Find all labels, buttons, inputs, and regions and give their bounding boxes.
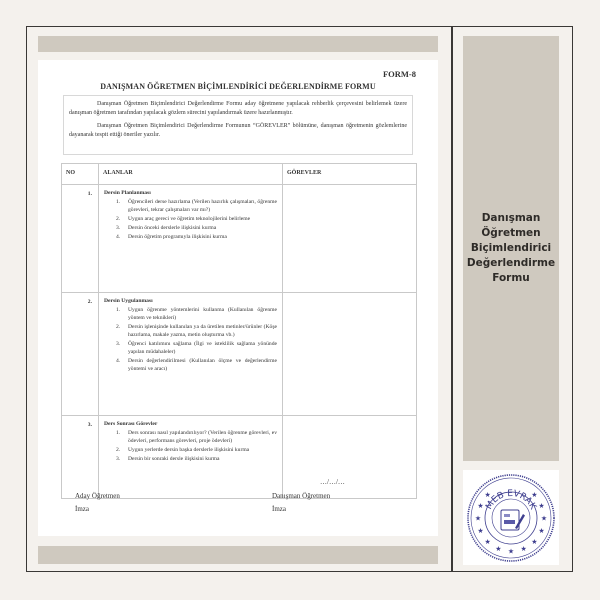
signature-left: Aday Öğretmen İmza [75, 490, 120, 516]
row-number: 1. [62, 185, 99, 293]
svg-text:★: ★ [508, 548, 514, 556]
item-number: 2. [116, 323, 120, 331]
row-gorevler[interactable] [283, 185, 417, 293]
sidebar-title-box: Danışman Öğretmen Biçimlendirici Değerle… [463, 36, 559, 461]
row-number: 2. [62, 293, 99, 416]
sidebar-title: Danışman Öğretmen Biçimlendirici Değerle… [463, 211, 559, 286]
row-gorevler[interactable] [283, 293, 417, 416]
item-text: Uygun araç gereci ve öğretim teknolojile… [128, 216, 250, 222]
item-text: Dersin önceki derslerle ilişkisini kurma [128, 225, 216, 231]
item-number: 3. [116, 455, 120, 463]
item-text: Ders sonrası nasıl yapılandırılıyor? (Ve… [128, 430, 277, 444]
logo-box: ★★★★★★★★★★★★★ MEB EVRAK [463, 470, 559, 565]
svg-text:★: ★ [477, 502, 483, 510]
item-number: 3. [116, 224, 120, 232]
table-header-row: NO ALANLAR GÖREVLER [62, 164, 417, 185]
svg-text:★: ★ [475, 515, 481, 523]
section-title: Dersin Uygulanması [104, 297, 277, 305]
list-item: 1.Uygun öğrenme yöntemlerini kullanma (K… [118, 306, 277, 322]
list-item: 4.Dersin öğretim programıyla ilişkisini … [118, 233, 277, 241]
left-role: Aday Öğretmen [75, 490, 120, 503]
list-item: 3.Öğrenci katılımını sağlama (İlgi ve is… [118, 340, 277, 356]
panel-divider [451, 26, 453, 572]
item-text: Dersin bir sonraki dersle ilişkisini kur… [128, 456, 220, 462]
list-item: 2.Dersin işlenişinde kullanılan ya da ür… [118, 323, 277, 339]
row-number: 3. [62, 416, 99, 499]
item-text: Dersin değerlendirilmesi (Kullanılan ölç… [128, 358, 277, 372]
item-text: Uygun öğrenme yöntemlerini kullanma (Kul… [128, 307, 277, 321]
item-number: 2. [116, 215, 120, 223]
table-row: 3.Ders Sonrası Görevler1.Ders sonrası na… [62, 416, 417, 499]
item-number: 1. [116, 429, 120, 437]
table-row: 1.Dersin Planlanması1.Öğrencileri derse … [62, 185, 417, 293]
svg-text:★: ★ [485, 491, 491, 499]
header-gorevler: GÖREVLER [283, 164, 417, 185]
row-alanlar: Dersin Uygulanması1.Uygun öğrenme yöntem… [99, 293, 283, 416]
table-row: 2.Dersin Uygulanması1.Uygun öğrenme yönt… [62, 293, 417, 416]
list-item: 2.Uygun araç gereci ve öğretim teknoloji… [118, 215, 277, 223]
row-gorevler[interactable] [283, 416, 417, 499]
intro-paragraph: Danışman Öğretmen Biçimlendirici Değerle… [69, 100, 407, 118]
header-alanlar: ALANLAR [99, 164, 283, 185]
section-items: 1.Ders sonrası nasıl yapılandırılıyor? (… [104, 429, 277, 463]
document-title: DANIŞMAN ÖĞRETMEN BİÇİMLENDİRİCİ DEĞERLE… [38, 82, 438, 91]
form-code: FORM-8 [383, 69, 416, 79]
date-placeholder: …/…/… [320, 478, 345, 486]
list-item: 2.Uygun yerlerde dersin başka derslerle … [118, 446, 277, 454]
section-title: Dersin Planlanması [104, 189, 277, 197]
row-alanlar: Dersin Planlanması1.Öğrencileri derse ha… [99, 185, 283, 293]
row-alanlar: Ders Sonrası Görevler1.Ders sonrası nası… [99, 416, 283, 499]
left-sign: İmza [75, 503, 120, 516]
item-number: 1. [116, 306, 120, 314]
item-text: Öğrenci katılımını sağlama (İlgi ve iste… [128, 341, 277, 355]
svg-text:★: ★ [531, 491, 537, 499]
svg-text:★: ★ [538, 502, 544, 510]
list-item: 1.Öğrencileri derse hazırlama (Verilen h… [118, 198, 277, 214]
item-text: Dersin öğretim programıyla ilişkisini ku… [128, 234, 227, 240]
right-role: Danışman Öğretmen [272, 490, 330, 503]
document-pen-icon [501, 510, 525, 530]
section-items: 1.Uygun öğrenme yöntemlerini kullanma (K… [104, 306, 277, 373]
svg-text:★: ★ [541, 515, 547, 523]
bottom-band [38, 546, 438, 564]
svg-text:★: ★ [485, 538, 491, 546]
meb-evrak-seal-icon: ★★★★★★★★★★★★★ MEB EVRAK [463, 470, 559, 565]
document-preview: FORM-8 DANIŞMAN ÖĞRETMEN BİÇİMLENDİRİCİ … [38, 60, 438, 536]
section-items: 1.Öğrencileri derse hazırlama (Verilen h… [104, 198, 277, 241]
item-text: Öğrencileri derse hazırlama (Verilen haz… [128, 199, 277, 213]
list-item: 3.Dersin bir sonraki dersle ilişkisini k… [118, 455, 277, 463]
svg-text:★: ★ [520, 545, 526, 553]
item-number: 2. [116, 446, 120, 454]
list-item: 3.Dersin önceki derslerle ilişkisini kur… [118, 224, 277, 232]
intro-paragraph: Danışman Öğretmen Biçimlendirici Değerle… [69, 122, 407, 140]
evaluation-table: NO ALANLAR GÖREVLER 1.Dersin Planlanması… [61, 163, 417, 499]
item-number: 1. [116, 198, 120, 206]
item-number: 4. [116, 357, 120, 365]
signature-right: Danışman Öğretmen İmza [272, 490, 330, 516]
item-text: Uygun yerlerde dersin başka derslerle il… [128, 447, 249, 453]
section-title: Ders Sonrası Görevler [104, 420, 277, 428]
svg-text:★: ★ [477, 527, 483, 535]
svg-text:★: ★ [531, 538, 537, 546]
item-number: 3. [116, 340, 120, 348]
item-text: Dersin işlenişinde kullanılan ya da üret… [128, 324, 277, 338]
right-sign: İmza [272, 503, 330, 516]
top-band [38, 36, 438, 52]
intro-box: Danışman Öğretmen Biçimlendirici Değerle… [63, 95, 413, 155]
header-no: NO [62, 164, 99, 185]
list-item: 1.Ders sonrası nasıl yapılandırılıyor? (… [118, 429, 277, 445]
svg-text:★: ★ [495, 545, 501, 553]
item-number: 4. [116, 233, 120, 241]
svg-text:★: ★ [538, 527, 544, 535]
list-item: 4.Dersin değerlendirilmesi (Kullanılan ö… [118, 357, 277, 373]
